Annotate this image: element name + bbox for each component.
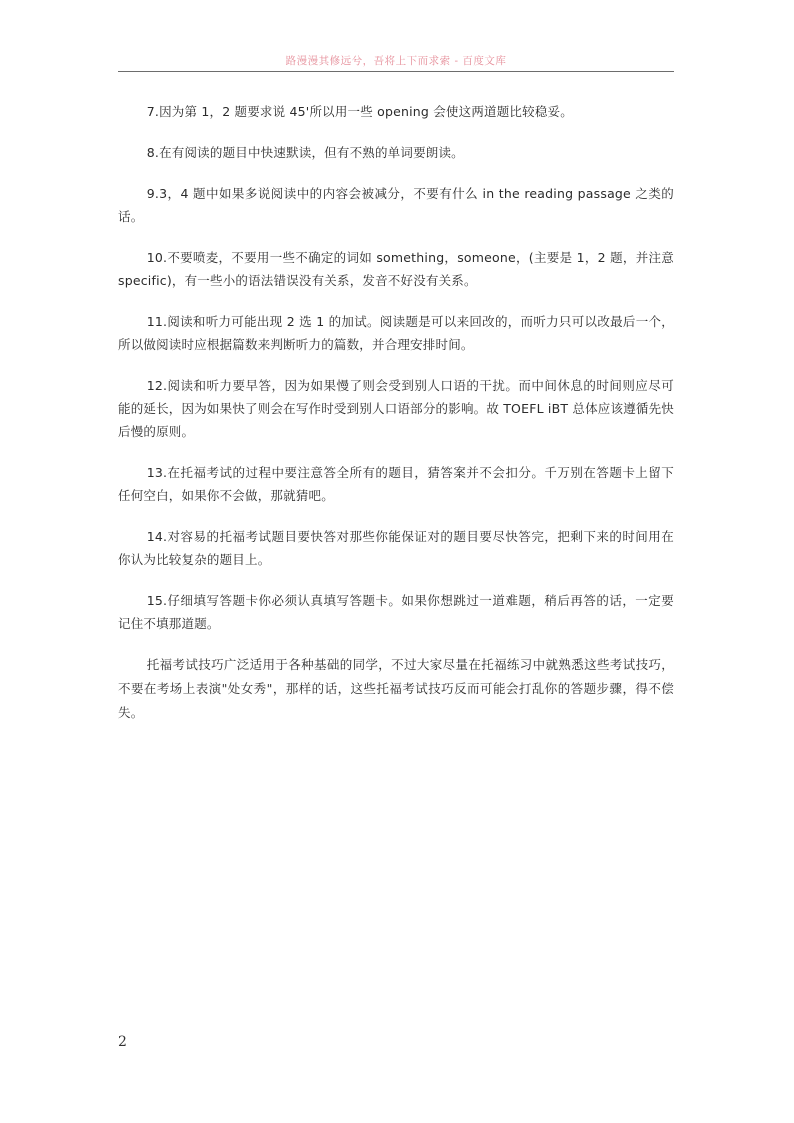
tip-paragraph-7: 7.因为第 1，2 题要求说 45'所以用一些 opening 会使这两道题比较… (118, 100, 674, 123)
document-header-watermark: 路漫漫其修远兮，吾将上下而求索 - 百度文库 (118, 52, 674, 71)
tip-paragraph-8: 8.在有阅读的题目中快速默读，但有不熟的单词要朗读。 (118, 141, 674, 164)
document-body: 7.因为第 1，2 题要求说 45'所以用一些 opening 会使这两道题比较… (118, 100, 674, 743)
tip-paragraph-14: 14.对容易的托福考试题目要快答对那些你能保证对的题目要尽快答完，把剩下来的时间… (118, 525, 674, 571)
header-divider (118, 71, 674, 72)
tip-paragraph-10: 10.不要喷麦，不要用一些不确定的词如 something，someone，(主… (118, 246, 674, 292)
tip-paragraph-12: 12.阅读和听力要早答，因为如果慢了则会受到别人口语的干扰。而中间休息的时间则应… (118, 374, 674, 443)
tip-paragraph-13: 13.在托福考试的过程中要注意答全所有的题目，猜答案并不会扣分。千万别在答题卡上… (118, 461, 674, 507)
page-number: 2 (118, 1034, 127, 1050)
tip-paragraph-11: 11.阅读和听力可能出现 2 选 1 的加试。阅读题是可以来回改的，而听力只可以… (118, 310, 674, 356)
closing-paragraph: 托福考试技巧广泛适用于各种基础的同学，不过大家尽量在托福练习中就熟悉这些考试技巧… (118, 653, 674, 725)
tip-paragraph-9: 9.3，4 题中如果多说阅读中的内容会被减分，不要有什么 in the read… (118, 182, 674, 228)
tip-paragraph-15: 15.仔细填写答题卡你必须认真填写答题卡。如果你想跳过一道难题，稍后再答的话，一… (118, 589, 674, 635)
